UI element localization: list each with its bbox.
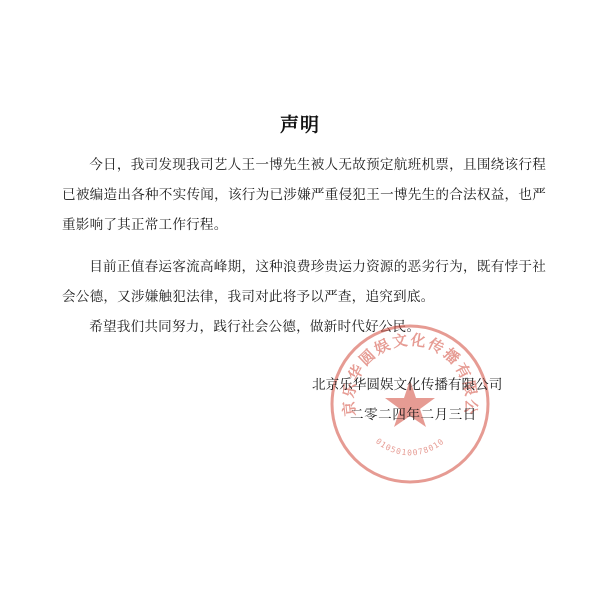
document-title: 声明 (0, 110, 600, 137)
statement-date: 二零二四年二月三日 (350, 403, 530, 423)
paragraph-2: 目前正值春运客流高峰期，这种浪费珍贵运力资源的恶劣行为，既有悖于社会公德，又涉嫌… (62, 252, 546, 312)
seal-serial: 0105010078010 (374, 437, 446, 458)
company-signature: 北京乐华圆娱文化传播有限公司 (312, 373, 532, 393)
svg-text:0105010078010: 0105010078010 (374, 437, 446, 458)
paragraph-1: 今日，我司发现我司艺人王一博先生被人无故预定航班机票，且围绕该行程已被编造出各种… (62, 150, 546, 240)
document-body: 今日，我司发现我司艺人王一博先生被人无故预定航班机票，且围绕该行程已被编造出各种… (62, 150, 546, 342)
